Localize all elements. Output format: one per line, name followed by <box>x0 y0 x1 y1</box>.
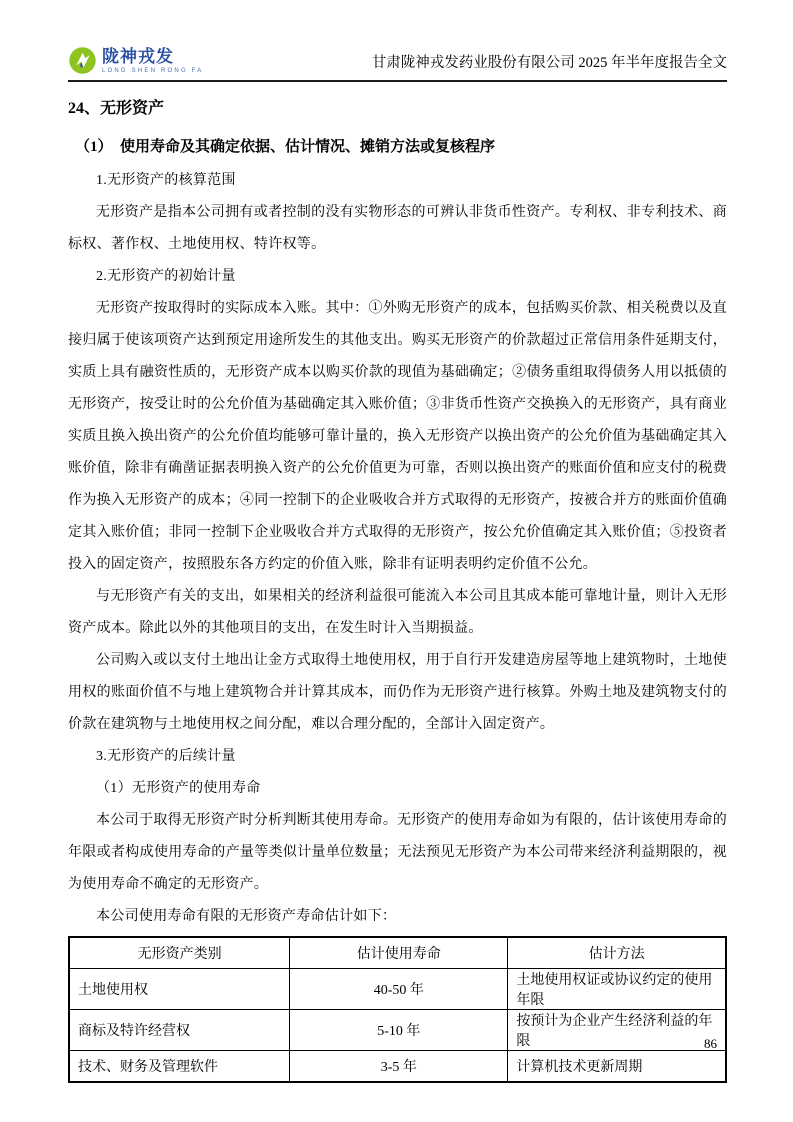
col-header-estimate-method: 估计方法 <box>508 937 726 968</box>
section-heading: 24、无形资产 <box>68 97 727 121</box>
cell-asset-category: 商标及特许经营权 <box>69 1009 290 1050</box>
cell-estimate-method: 计算机技术更新周期 <box>508 1050 726 1082</box>
report-title: 甘肃陇神戎发药业股份有限公司 2025 年半年度报告全文 <box>372 51 727 75</box>
paragraph-body: 无形资产是指本公司拥有或者控制的没有实物形态的可辨认非货币性资产。专利权、非专利… <box>68 197 727 261</box>
table-row: 技术、财务及管理软件 3-5 年 计算机技术更新周期 <box>69 1050 726 1082</box>
page-number: 86 <box>704 1036 717 1052</box>
paragraph-table-intro: 本公司使用寿命有限的无形资产寿命估计如下： <box>68 901 727 933</box>
table-row: 土地使用权 40-50 年 土地使用权证或协议约定的使用年限 <box>69 968 726 1009</box>
cell-asset-category: 土地使用权 <box>69 968 290 1009</box>
brand-name-en: LONG SHEN RONG FA <box>102 68 203 74</box>
paragraph-body: 与无形资产有关的支出，如果相关的经济利益很可能流入本公司且其成本能可靠地计量，则… <box>68 581 727 645</box>
cell-asset-category: 技术、财务及管理软件 <box>69 1050 290 1082</box>
col-header-asset-category: 无形资产类别 <box>69 937 290 968</box>
page-header: 陇神戎发 LONG SHEN RONG FA 甘肃陇神戎发药业股份有限公司 20… <box>68 0 727 82</box>
table-header-row: 无形资产类别 估计使用寿命 估计方法 <box>69 937 726 968</box>
paragraph-body: 无形资产按取得时的实际成本入账。其中：①外购无形资产的成本，包括购买价款、相关税… <box>68 293 727 581</box>
table-row: 商标及特许经营权 5-10 年 按预计为企业产生经济利益的年限 <box>69 1009 726 1050</box>
cell-estimate-method: 土地使用权证或协议约定的使用年限 <box>508 968 726 1009</box>
brand-name-cn: 陇神戎发 <box>102 48 203 65</box>
logo-bird-icon <box>68 46 97 75</box>
paragraph-item-3: 3.无形资产的后续计量 <box>68 741 727 773</box>
cell-estimate-method: 按预计为企业产生经济利益的年限 <box>508 1009 726 1050</box>
cell-useful-life: 40-50 年 <box>290 968 508 1009</box>
paragraph-item-1: 1.无形资产的核算范围 <box>68 165 727 197</box>
paragraph-body: 本公司于取得无形资产时分析判断其使用寿命。无形资产的使用寿命如为有限的，估计该使… <box>68 805 727 901</box>
subsection-heading: （1） 使用寿命及其确定依据、估计情况、摊销方法或复核程序 <box>68 135 727 159</box>
report-page: 陇神戎发 LONG SHEN RONG FA 甘肃陇神戎发药业股份有限公司 20… <box>0 0 793 1083</box>
col-header-useful-life: 估计使用寿命 <box>290 937 508 968</box>
useful-life-table: 无形资产类别 估计使用寿命 估计方法 土地使用权 40-50 年 土地使用权证或… <box>68 936 727 1083</box>
cell-useful-life: 3-5 年 <box>290 1050 508 1082</box>
cell-useful-life: 5-10 年 <box>290 1009 508 1050</box>
brand-text: 陇神戎发 LONG SHEN RONG FA <box>102 48 203 74</box>
paragraph-item-2: 2.无形资产的初始计量 <box>68 261 727 293</box>
paragraph-body: 公司购入或以支付土地出让金方式取得土地使用权，用于自行开发建造房屋等地上建筑物时… <box>68 645 727 741</box>
paragraph-sub-item: （1）无形资产的使用寿命 <box>68 773 727 805</box>
company-logo: 陇神戎发 LONG SHEN RONG FA <box>68 46 203 75</box>
